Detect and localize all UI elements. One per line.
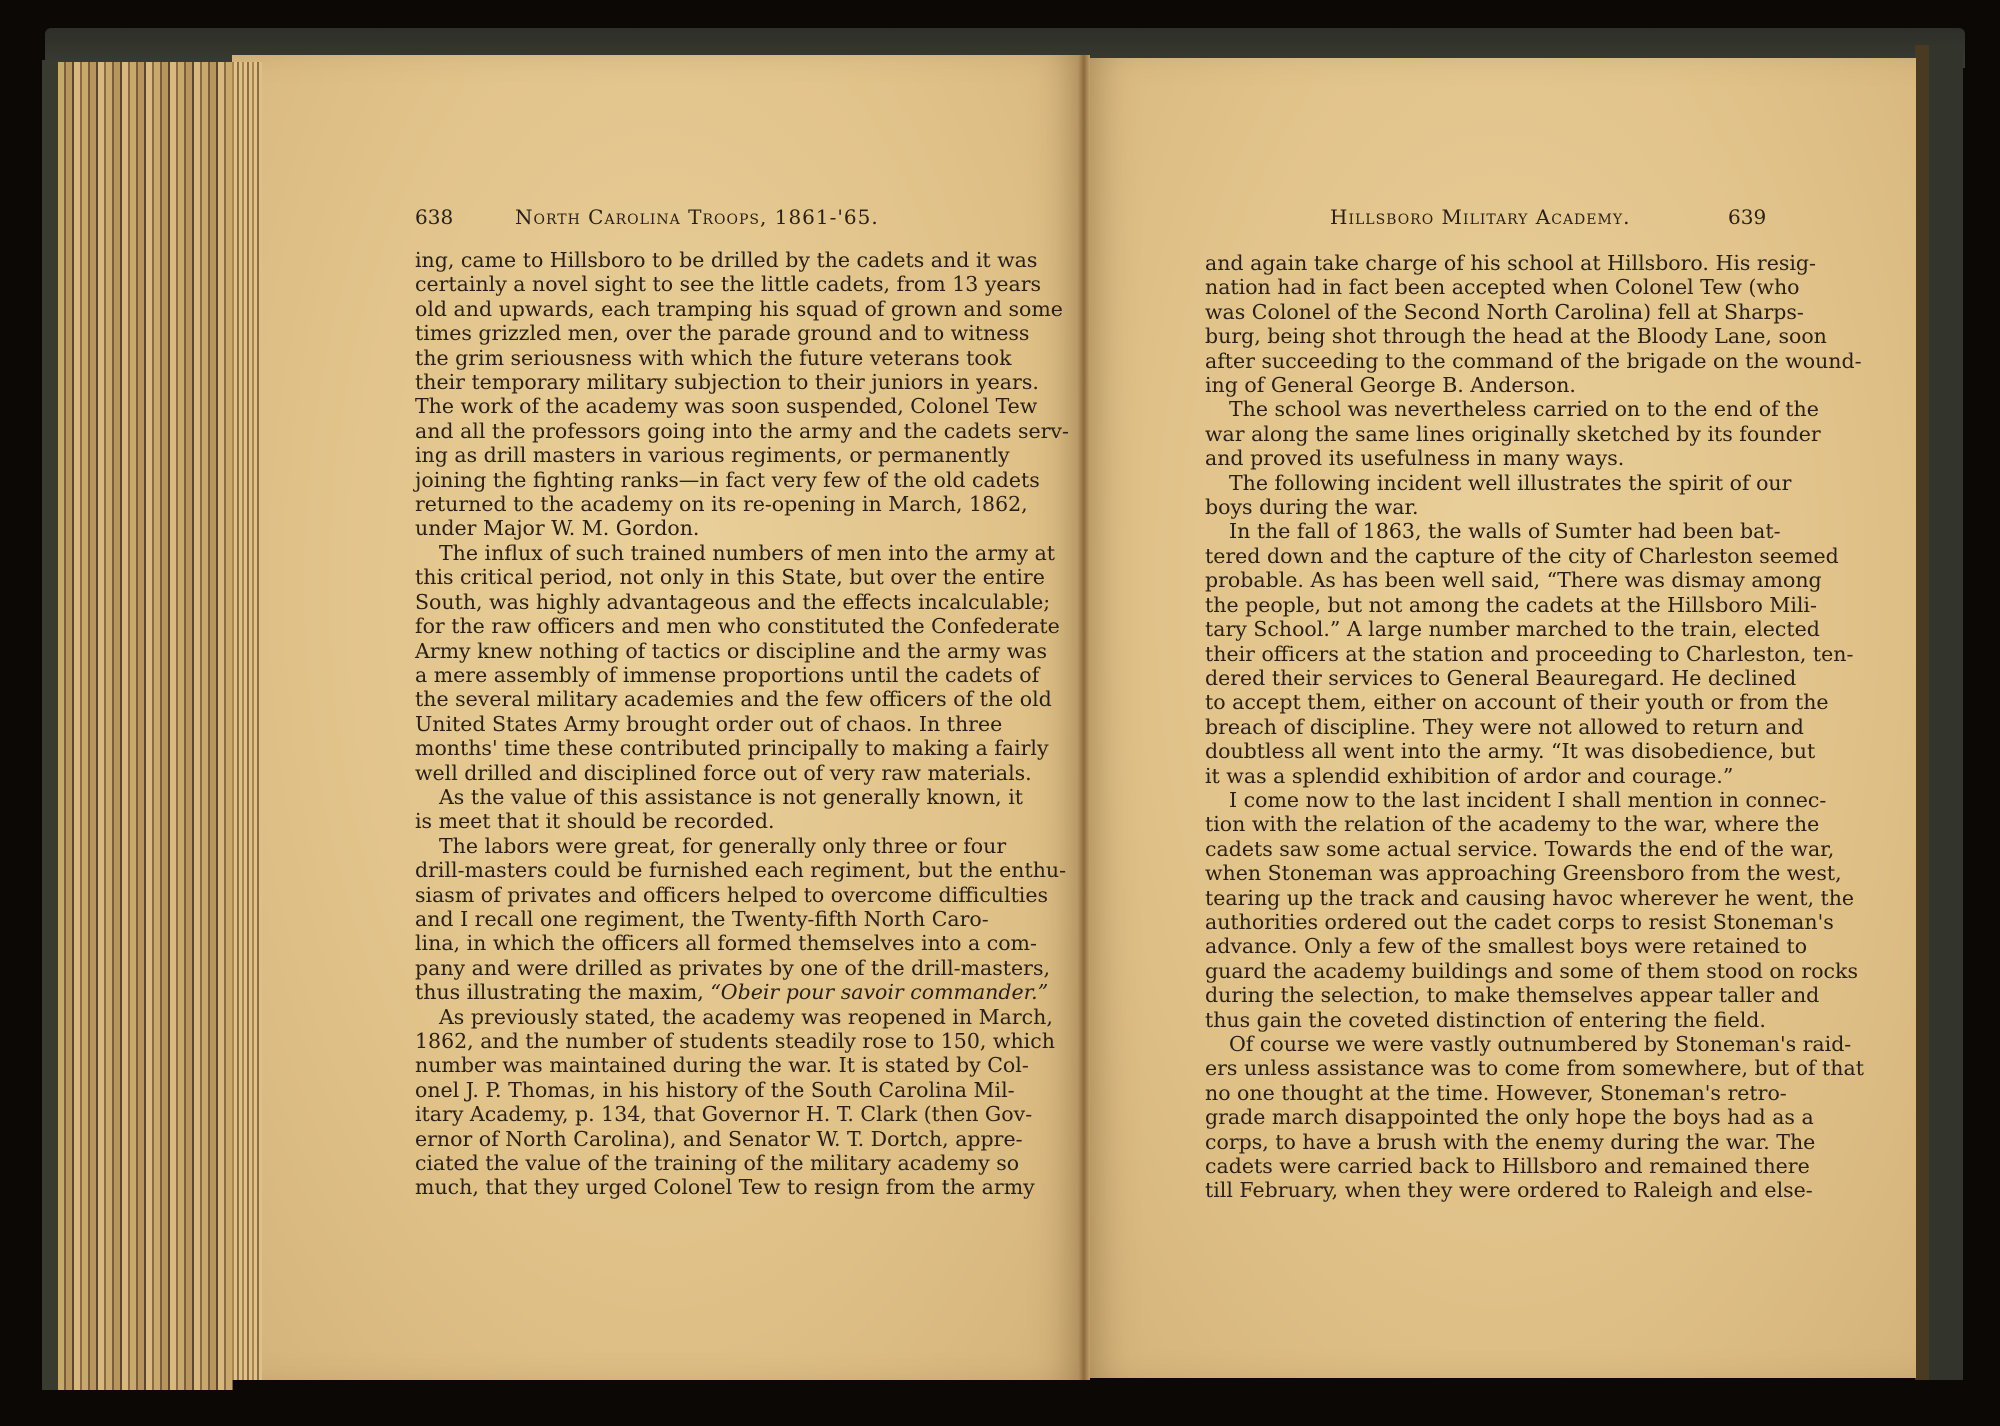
- text-line: I come now to the last incident I shall …: [1205, 788, 1762, 812]
- text-line: much, that they urged Colonel Tew to res…: [415, 1175, 987, 1199]
- book-gutter: [1078, 55, 1090, 1380]
- text-line: onel J. P. Thomas, in his history of the…: [415, 1078, 987, 1102]
- right-running-head: Hillsboro Military Academy.: [1330, 205, 1630, 229]
- text-line: no one thought at the time. However, Sto…: [1205, 1081, 1762, 1105]
- text-line: United States Army brought order out of …: [415, 712, 987, 736]
- text-line: number was maintained during the war. It…: [415, 1053, 987, 1077]
- text-line: The labors were great, for generally onl…: [415, 834, 987, 858]
- text-line: authorities ordered out the cadet corps …: [1205, 910, 1762, 934]
- text-line: ciated the value of the training of the …: [415, 1151, 987, 1175]
- text-line: it was a splendid exhibition of ardor an…: [1205, 764, 1762, 788]
- left-running-head: North Carolina Troops, 1861-'65.: [515, 205, 879, 229]
- text-line: and again take charge of his school at H…: [1205, 251, 1762, 275]
- page-stack-left: [58, 62, 233, 1390]
- text-line: lina, in which the officers all formed t…: [415, 931, 987, 955]
- left-page-number: 638: [415, 205, 453, 229]
- text-line: ernor of North Carolina), and Senator W.…: [415, 1127, 987, 1151]
- text-line: As the value of this assistance is not g…: [415, 785, 987, 809]
- left-page-body: ing, came to Hillsboro to be drilled by …: [415, 248, 987, 1200]
- text-line: The influx of such trained numbers of me…: [415, 541, 987, 565]
- text-line: advance. Only a few of the smallest boys…: [1205, 934, 1762, 958]
- text-line: ing of General George B. Anderson.: [1205, 373, 1762, 397]
- text-line: doubtless all went into the army. “It wa…: [1205, 739, 1762, 763]
- text-line: thus gain the coveted distinction of ent…: [1205, 1008, 1762, 1032]
- text-line: The school was nevertheless carried on t…: [1205, 397, 1762, 421]
- text-line: boys during the war.: [1205, 495, 1762, 519]
- text-line: corps, to have a brush with the enemy du…: [1205, 1130, 1762, 1154]
- text-line: was Colonel of the Second North Carolina…: [1205, 300, 1762, 324]
- text-line: till February, when they were ordered to…: [1205, 1178, 1762, 1202]
- text-line: The following incident well illustrates …: [1205, 471, 1762, 495]
- text-line: In the fall of 1863, the walls of Sumter…: [1205, 519, 1762, 543]
- text-line: ers unless assistance was to come from s…: [1205, 1056, 1762, 1080]
- text-line: ing as drill masters in various regiment…: [415, 443, 987, 467]
- text-line: to accept them, either on account of the…: [1205, 690, 1762, 714]
- text-line: siasm of privates and officers helped to…: [415, 883, 987, 907]
- text-line: joining the fighting ranks—in fact very …: [415, 468, 987, 492]
- text-line: during the selection, to make themselves…: [1205, 983, 1762, 1007]
- text-line: grade march disappointed the only hope t…: [1205, 1105, 1762, 1129]
- text-line: and I recall one regiment, the Twenty-fi…: [415, 907, 987, 931]
- text-line: tearing up the track and causing havoc w…: [1205, 886, 1762, 910]
- text-line: Of course we were vastly outnumbered by …: [1205, 1032, 1762, 1056]
- text-line: and all the professors going into the ar…: [415, 419, 987, 443]
- text-line: war along the same lines originally sket…: [1205, 422, 1762, 446]
- text-line: cadets saw some actual service. Towards …: [1205, 837, 1762, 861]
- text-line: burg, being shot through the head at the…: [1205, 324, 1762, 348]
- italic-quote: “Obeir pour savoir commander.”: [710, 980, 1048, 1004]
- text-line: 1862, and the number of students steadil…: [415, 1029, 987, 1053]
- left-page-edge-lines: [232, 62, 262, 1380]
- text-line: cadets were carried back to Hillsboro an…: [1205, 1154, 1762, 1178]
- text-line: As previously stated, the academy was re…: [415, 1005, 987, 1029]
- text-line: itary Academy, p. 134, that Governor H. …: [415, 1102, 987, 1126]
- right-page-number: 639: [1728, 205, 1766, 229]
- text-line: under Major W. M. Gordon.: [415, 516, 987, 540]
- right-page-body: and again take charge of his school at H…: [1205, 251, 1762, 1203]
- text-line: for the raw officers and men who constit…: [415, 614, 987, 638]
- text-line: the people, but not among the cadets at …: [1205, 593, 1762, 617]
- text-line: tary School.” A large number marched to …: [1205, 617, 1762, 641]
- text-line: probable. As has been well said, “There …: [1205, 568, 1762, 592]
- text-line: the several military academies and the f…: [415, 687, 987, 711]
- text-line: a mere assembly of immense proportions u…: [415, 663, 987, 687]
- text-line: certainly a novel sight to see the littl…: [415, 272, 987, 296]
- text-line: pany and were drilled as privates by one…: [415, 956, 987, 980]
- text-line: times grizzled men, over the parade grou…: [415, 321, 987, 345]
- text-line: dered their services to General Beaurega…: [1205, 666, 1762, 690]
- text-line: nation had in fact been accepted when Co…: [1205, 275, 1762, 299]
- text-line: this critical period, not only in this S…: [415, 565, 987, 589]
- text-line: tered down and the capture of the city o…: [1205, 544, 1762, 568]
- text-line: well drilled and disciplined force out o…: [415, 761, 987, 785]
- text-line: tion with the relation of the academy to…: [1205, 812, 1762, 836]
- text-line: the grim seriousness with which the futu…: [415, 346, 987, 370]
- text-line: ing, came to Hillsboro to be drilled by …: [415, 248, 987, 272]
- text-line: after succeeding to the command of the b…: [1205, 349, 1762, 373]
- text-line: their temporary military subjection to t…: [415, 370, 987, 394]
- text-line: thus illustrating the maxim, “Obeir pour…: [415, 980, 987, 1004]
- text-line: months' time these contributed principal…: [415, 736, 987, 760]
- text-line: South, was highly advantageous and the e…: [415, 590, 987, 614]
- text-line: old and upwards, each tramping his squad…: [415, 297, 987, 321]
- text-line: Army knew nothing of tactics or discipli…: [415, 639, 987, 663]
- text-line: and proved its usefulness in many ways.: [1205, 446, 1762, 470]
- text-line: breach of discipline. They were not allo…: [1205, 715, 1762, 739]
- text-line: is meet that it should be recorded.: [415, 809, 987, 833]
- text-line: when Stoneman was approaching Greensboro…: [1205, 861, 1762, 885]
- text-line: their officers at the station and procee…: [1205, 642, 1762, 666]
- book-cover-right: [1915, 45, 1963, 1380]
- text-line: The work of the academy was soon suspend…: [415, 394, 987, 418]
- text-line: guard the academy buildings and some of …: [1205, 959, 1762, 983]
- text-line: returned to the academy on its re-openin…: [415, 492, 987, 516]
- text-line: drill-masters could be furnished each re…: [415, 858, 987, 882]
